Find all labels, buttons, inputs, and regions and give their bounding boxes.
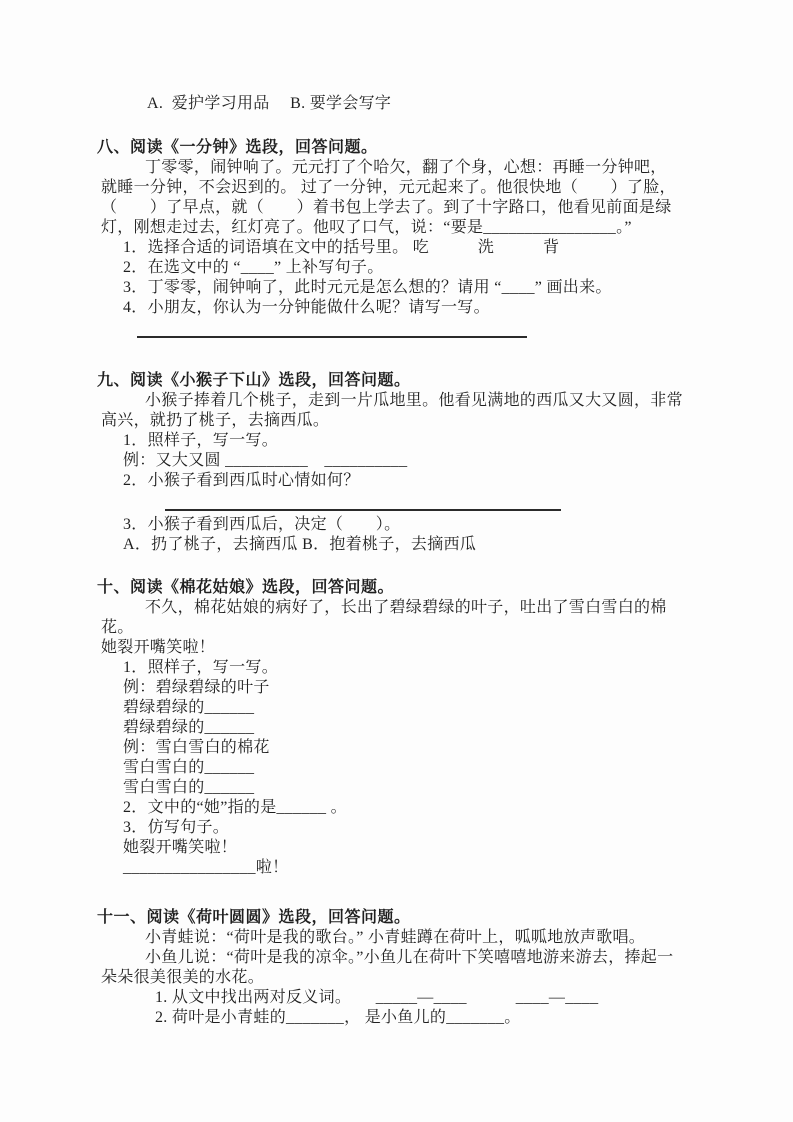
example-sentence-line: 她裂开嘴笑啦！ [123, 838, 697, 858]
question-line: 3．丁零零，闹钟响了，此时元元是怎么想的？请用 “____” 画出来。 [123, 278, 697, 298]
section-10: 十、阅读《棉花姑娘》选段，回答问题。 不久，棉花姑娘的病好了，长出了碧绿碧绿的叶… [97, 578, 697, 878]
blank-fill-line: ________________啦！ [123, 858, 697, 878]
passage-line: 灯，刚想走过去，红灯亮了。他叹了口气，说：“要是________________… [101, 218, 697, 238]
question-line: 1．照样子，写一写。 [123, 431, 697, 451]
worksheet-content: A. 爱护学习用品 B. 要学会写字 八、阅读《一分钟》选段，回答问题。 丁零零… [0, 0, 767, 1028]
worksheet-page: A. 爱护学习用品 B. 要学会写字 八、阅读《一分钟》选段，回答问题。 丁零零… [0, 0, 793, 1122]
blank-fill-line: 雪白雪白的______ [123, 778, 697, 798]
question-line: 3．小猴子看到西瓜后，决定（ ）。 [123, 515, 697, 535]
passage-line: 小青蛙说：“荷叶是我的歌台。” 小青蛙蹲在荷叶上，呱呱地放声歌唱。 [101, 928, 697, 948]
section-11: 十一、阅读《荷叶圆圆》选段，回答问题。 小青蛙说：“荷叶是我的歌台。” 小青蛙蹲… [97, 908, 697, 1028]
section-10-heading: 十、阅读《棉花姑娘》选段，回答问题。 [97, 578, 697, 598]
question-line: 4．小朋友，你认为一分钟能做什么呢？请写一写。 [123, 298, 697, 318]
section-11-heading: 十一、阅读《荷叶圆圆》选段，回答问题。 [97, 908, 697, 928]
passage-line: 小鱼儿说：“荷叶是我的凉伞。”小鱼儿在荷叶下笑嘻嘻地游来游去，捧起一 [101, 948, 697, 968]
passage-line: 不久，棉花姑娘的病好了，长出了碧绿碧绿的叶子，吐出了雪白雪白的棉花。 [101, 598, 697, 638]
blank-fill-line: 碧绿碧绿的______ [123, 698, 697, 718]
answer-writing-line [165, 495, 561, 511]
passage-line: 丁零零，闹钟响了。元元打了个哈欠，翻了个身，心想：再睡一分钟吧， [101, 158, 697, 178]
choice-options-line: A．扔了桃子，去摘西瓜 B．抱着桃子，去摘西瓜 [123, 535, 697, 555]
section-8-heading: 八、阅读《一分钟》选段，回答问题。 [97, 138, 697, 158]
passage-line: 小猴子捧着几个桃子，走到一片瓜地里。他看见满地的西瓜又大又圆，非常 [101, 391, 697, 411]
section-9: 九、阅读《小猴子下山》选段，回答问题。 小猴子捧着几个桃子，走到一片瓜地里。他看… [97, 371, 697, 555]
question-line: 2．文中的“她”指的是______ 。 [123, 798, 697, 818]
blank-fill-line: 雪白雪白的______ [123, 758, 697, 778]
example-line: 例：碧绿碧绿的叶子 [123, 678, 697, 698]
passage-line: （ ）了早点，就（ ）着书包上学去了。到了十字路口，他看见前面是绿 [101, 198, 697, 218]
question-line: 3．仿写句子。 [123, 818, 697, 838]
example-line: 例：雪白雪白的棉花 [123, 738, 697, 758]
question-line: 1．选择合适的词语填在文中的括号里。 吃 洗 背 [123, 238, 697, 258]
section-9-heading: 九、阅读《小猴子下山》选段，回答问题。 [97, 371, 697, 391]
question-line: 1. 从文中找出两对反义词。 _____—____ ____—____ [155, 988, 697, 1008]
passage-line: 她裂开嘴笑啦！ [101, 638, 697, 658]
question-line: 2．小猴子看到西瓜时心情如何？ [123, 471, 697, 491]
answer-writing-line [137, 322, 527, 338]
example-line: 例：又大又圆 __________ __________ [123, 451, 697, 471]
question-line: 2．在选文中的 “____” 上补写句子。 [123, 258, 697, 278]
passage-line: 就睡一分钟，不会迟到的。 过了一分钟，元元起来了。他很快地（ ）了脸， [101, 178, 697, 198]
section-8: 八、阅读《一分钟》选段，回答问题。 丁零零，闹钟响了。元元打了个哈欠，翻了个身，… [97, 138, 697, 338]
passage-line: 朵朵很美很美的水花。 [101, 968, 697, 988]
question-line: 1．照样子，写一写。 [123, 658, 697, 678]
question-line: 2. 荷叶是小青蛙的_______， 是小鱼儿的_______。 [155, 1008, 697, 1028]
passage-line: 高兴，就扔了桃子，去摘西瓜。 [101, 411, 697, 431]
answer-options-line: A. 爱护学习用品 B. 要学会写字 [147, 94, 697, 114]
blank-fill-line: 碧绿碧绿的______ [123, 718, 697, 738]
